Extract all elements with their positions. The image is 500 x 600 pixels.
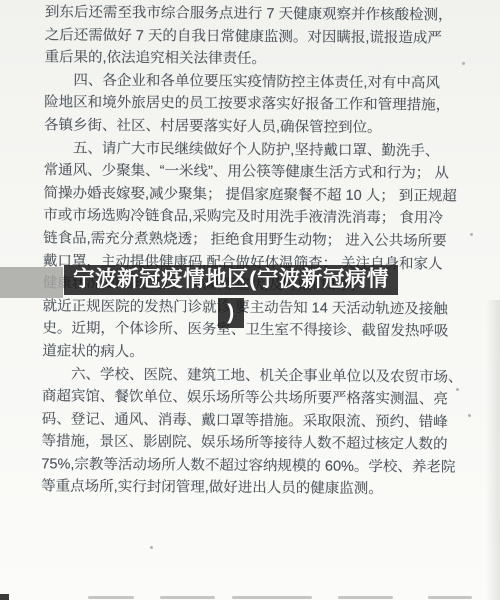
document-text-line: 之后还需做好 7 天的自我日常健康监测。对因瞒报,谎报造成严 <box>45 24 456 50</box>
overlay-title-line2: ) <box>218 298 244 328</box>
overlay-row: ) <box>0 297 462 330</box>
overlay-title-line1: 宁波新冠疫情地区(宁波新冠病情 <box>64 265 398 295</box>
scan-edge-mark <box>428 596 472 599</box>
title-overlay-banner: 宁波新冠疫情地区(宁波新冠病情 ) <box>0 264 462 330</box>
document-text-line: 等重点场所,实行封闭管理,做好进出人员的健康监测。 <box>41 476 452 502</box>
document-text-line: 75%,宗教等活动场所人数不超过容纳规模的 60%。学校、养老院 <box>41 453 452 479</box>
document-text-line: 简操办婚丧嫁娶,减少聚集； 提倡家庭聚餐不超 10 人； 到正规超 <box>43 182 454 208</box>
document-text-line: 商超宾馆、餐饮单位、娱乐场所等公共场所要严格落实测温、亮 <box>42 385 453 411</box>
document-text-line: 六、学校、医院、建筑工地、机关企事业单位以及农贸市场、 <box>42 363 453 389</box>
scan-edge-mark <box>338 596 393 599</box>
scan-edge-mark <box>160 596 215 599</box>
document-text-line: 等措施，景区、影剧院、娱乐场所等接待人数不超过核定人数的 <box>41 431 452 457</box>
document-text-line: 五、请广大市民继续做好个人防护,坚持戴口罩、勤洗手、 <box>44 137 455 163</box>
document-photo: 到东后还需至我市综合服务点进行 7 天健康观察并作核酸检测，之后还需做好 7 天… <box>0 0 500 600</box>
document-text-line: 到东后还需至我市综合服务点进行 7 天健康观察并作核酸检测， <box>45 1 456 27</box>
document-text-line: 市或市场选购冷链食品,采购完及时用洗手液清洗消毒； 食用冷 <box>43 205 454 231</box>
document-page: 到东后还需至我市综合服务点进行 7 天健康观察并作核酸检测，之后还需做好 7 天… <box>0 0 500 600</box>
document-text-line: 各镇乡街、社区、村居要落实好人员,确保管控到位。 <box>44 114 455 140</box>
scan-edge-mark <box>232 596 312 599</box>
document-text-line: 险地区和境外旅居史的员工按要求落实好报备工作和管理措施， <box>44 92 455 118</box>
scan-corner-mark <box>0 594 9 600</box>
document-text-line: 码、登记、通风、消毒、戴口罩等措施。采取限流、预约、错峰 <box>42 408 453 434</box>
scan-speck <box>150 546 153 549</box>
document-text-block: 到东后还需至我市综合服务点进行 7 天健康观察并作核酸检测，之后还需做好 7 天… <box>41 1 456 501</box>
document-text-line: 道症状的病人。 <box>42 340 453 366</box>
scan-speck <box>468 414 471 417</box>
document-text-line: 四、各企业和各单位要压实疫情防控主体责任,对有中高风 <box>44 69 455 95</box>
scan-speck <box>470 233 473 236</box>
scan-bottom-edge <box>0 593 500 600</box>
photo-right-shade <box>486 300 500 600</box>
scan-speck <box>462 62 465 65</box>
scan-speck <box>456 388 459 391</box>
document-text-line: 链食品,需充分煮熟烧透； 拒绝食用野生动物； 进入公共场所要 <box>43 227 454 253</box>
scan-edge-mark <box>88 596 134 599</box>
document-text-line: 常通风、少聚集、“一米线”、用公筷等健康生活方式和行为； 从 <box>44 160 455 186</box>
document-text-line: 重后果的,依法追究相关法律责任。 <box>44 47 455 73</box>
overlay-row: 宁波新冠疫情地区(宁波新冠病情 <box>0 264 462 297</box>
